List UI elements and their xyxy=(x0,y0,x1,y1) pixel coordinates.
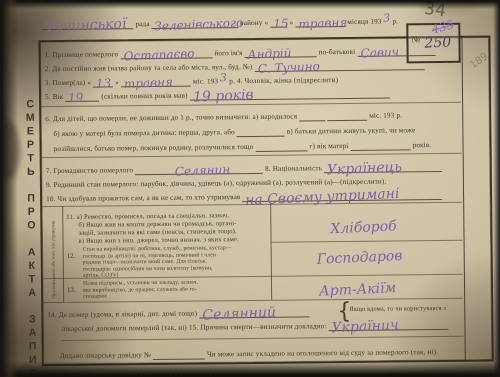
place-of-death-label: 14. Де помер (удома, в лікарні, дит. дом… xyxy=(47,310,197,321)
yoho-label: його xyxy=(214,49,228,58)
side-label-text: Про померлого або того, хто утримував xyxy=(50,210,56,298)
age-note-label: (скільки повних років мав) xyxy=(101,92,187,102)
citizenship-value: Селянин xyxy=(175,164,231,177)
infant-label-3b: г) вік матері xyxy=(309,142,348,151)
photo-edge-right xyxy=(493,0,500,377)
infant-label-1c: р. xyxy=(396,111,402,120)
registration-year-digit: 3 xyxy=(383,13,390,23)
infant-label-1b: міс. 193 xyxy=(369,111,394,120)
field-13-number: 13. xyxy=(67,286,76,295)
quote-open: « xyxy=(87,79,91,88)
pobatkovi-label: по-батькові xyxy=(319,48,356,57)
cause-of-death-value: Українич xyxy=(331,320,399,333)
photo-edge-top xyxy=(0,0,500,9)
vertical-form-title: СМЕРТЬ ПРО АКТА ЗАПИС xyxy=(22,98,41,377)
registration-month-handwritten: травня xyxy=(298,17,347,29)
died-label: 3. Помер(ла) xyxy=(45,79,86,88)
death-year-digit: 3 xyxy=(220,73,227,83)
f13-number: 13. xyxy=(67,286,76,295)
vertical-word-akta: АКТА xyxy=(25,246,40,300)
infant-label-2: б) якою у матері була померла дитина: пе… xyxy=(53,128,235,139)
open-quote: « xyxy=(265,19,269,28)
age-label: 5. Вік xyxy=(45,93,63,102)
rada-label: рада xyxy=(135,20,149,29)
sex-label: 4. Чоловік, жінка (підкреслити) xyxy=(237,76,338,86)
vertical-word-smert: СМЕРТЬ xyxy=(23,98,38,179)
occupation-value: Хлібороб xyxy=(330,221,397,234)
place-of-death-value: Селянний xyxy=(202,307,276,320)
residence-value: С. Тучино xyxy=(257,61,319,74)
field-12-number: 12. xyxy=(67,252,76,261)
r-label-2: р. xyxy=(229,77,235,86)
nationality-label: 8. Національність xyxy=(265,164,322,174)
registry-number-struck: 435 xyxy=(431,19,456,34)
given-name-value: Андрій xyxy=(247,48,291,60)
infant-label-3c: років. xyxy=(413,141,432,150)
close-quote: » xyxy=(290,19,294,28)
attached-certificate-label: Додано лікарську довідку № xyxy=(60,351,151,361)
number-sign-label: № xyxy=(411,34,420,44)
death-record-form: 34 189 № 435 250 Тучинської рада Зеленів… xyxy=(0,0,500,377)
cause-of-death-label: 15. Причина смерти—визначити докладно: xyxy=(189,322,327,332)
r-label: р. xyxy=(392,17,398,26)
quote-close: » xyxy=(115,78,119,87)
cond2-label: лікарської допомоги померлий (так, ні) xyxy=(61,324,187,334)
photo-edge-left-torn xyxy=(0,0,18,377)
citizenship-label: 7. Громадянство померлого xyxy=(46,166,133,176)
mis-label: міс. 193 xyxy=(193,77,218,86)
imia-label: ім'я xyxy=(231,49,243,58)
death-month-value: травня xyxy=(124,77,173,89)
printer-imprint-smudge xyxy=(70,369,250,375)
patronymic-value: Савич xyxy=(360,47,399,59)
header-line: Тучинської рада Зеленівського району « 1… xyxy=(42,16,398,30)
district-name-handwritten: Зеленівського xyxy=(154,18,243,32)
cond1-label: Якщо вдома, то чи користувався з xyxy=(349,304,446,314)
f11-c: в) Якщо жив з інш. джерел, точно визнач.… xyxy=(78,235,238,246)
surname-label: 1. Прізвище померлого xyxy=(45,50,119,60)
workplace-value: Арт-Акіїм xyxy=(319,283,396,296)
vertical-word-pro: ПРО xyxy=(24,192,38,233)
side-label-cell: Про померлого або того, хто утримував xyxy=(44,208,61,300)
nationality-value: Українець xyxy=(327,162,403,175)
age-value: 19 xyxy=(68,92,84,103)
registration-day-handwritten: 15 xyxy=(273,18,289,29)
f11-number: 11. xyxy=(66,213,75,222)
registry-number-box: № 435 250 xyxy=(406,23,460,64)
council-name-handwritten: Тучинської xyxy=(45,19,127,33)
surname-value: Остапаєво xyxy=(123,48,194,61)
misiatsia-label: місяця 193 xyxy=(347,18,381,27)
field-14-place-of-death: 14. Де помер (удома, в лікарні, дит. дом… xyxy=(47,307,309,320)
death-day-value: 13 xyxy=(96,78,112,89)
age-text-value: 19 років xyxy=(192,90,253,103)
field-11-line-c: в) Якщо жив з інш. джерел, точно визнач.… xyxy=(78,235,238,246)
f12-number: 12. xyxy=(67,252,76,261)
field-14-condition-line1: Якщо вдома, то чи користувався з xyxy=(349,304,446,314)
infant-label-2b: в) батьки дитини живуть укупі, чи може xyxy=(287,126,416,136)
work-status-value: Господаров xyxy=(317,251,403,265)
